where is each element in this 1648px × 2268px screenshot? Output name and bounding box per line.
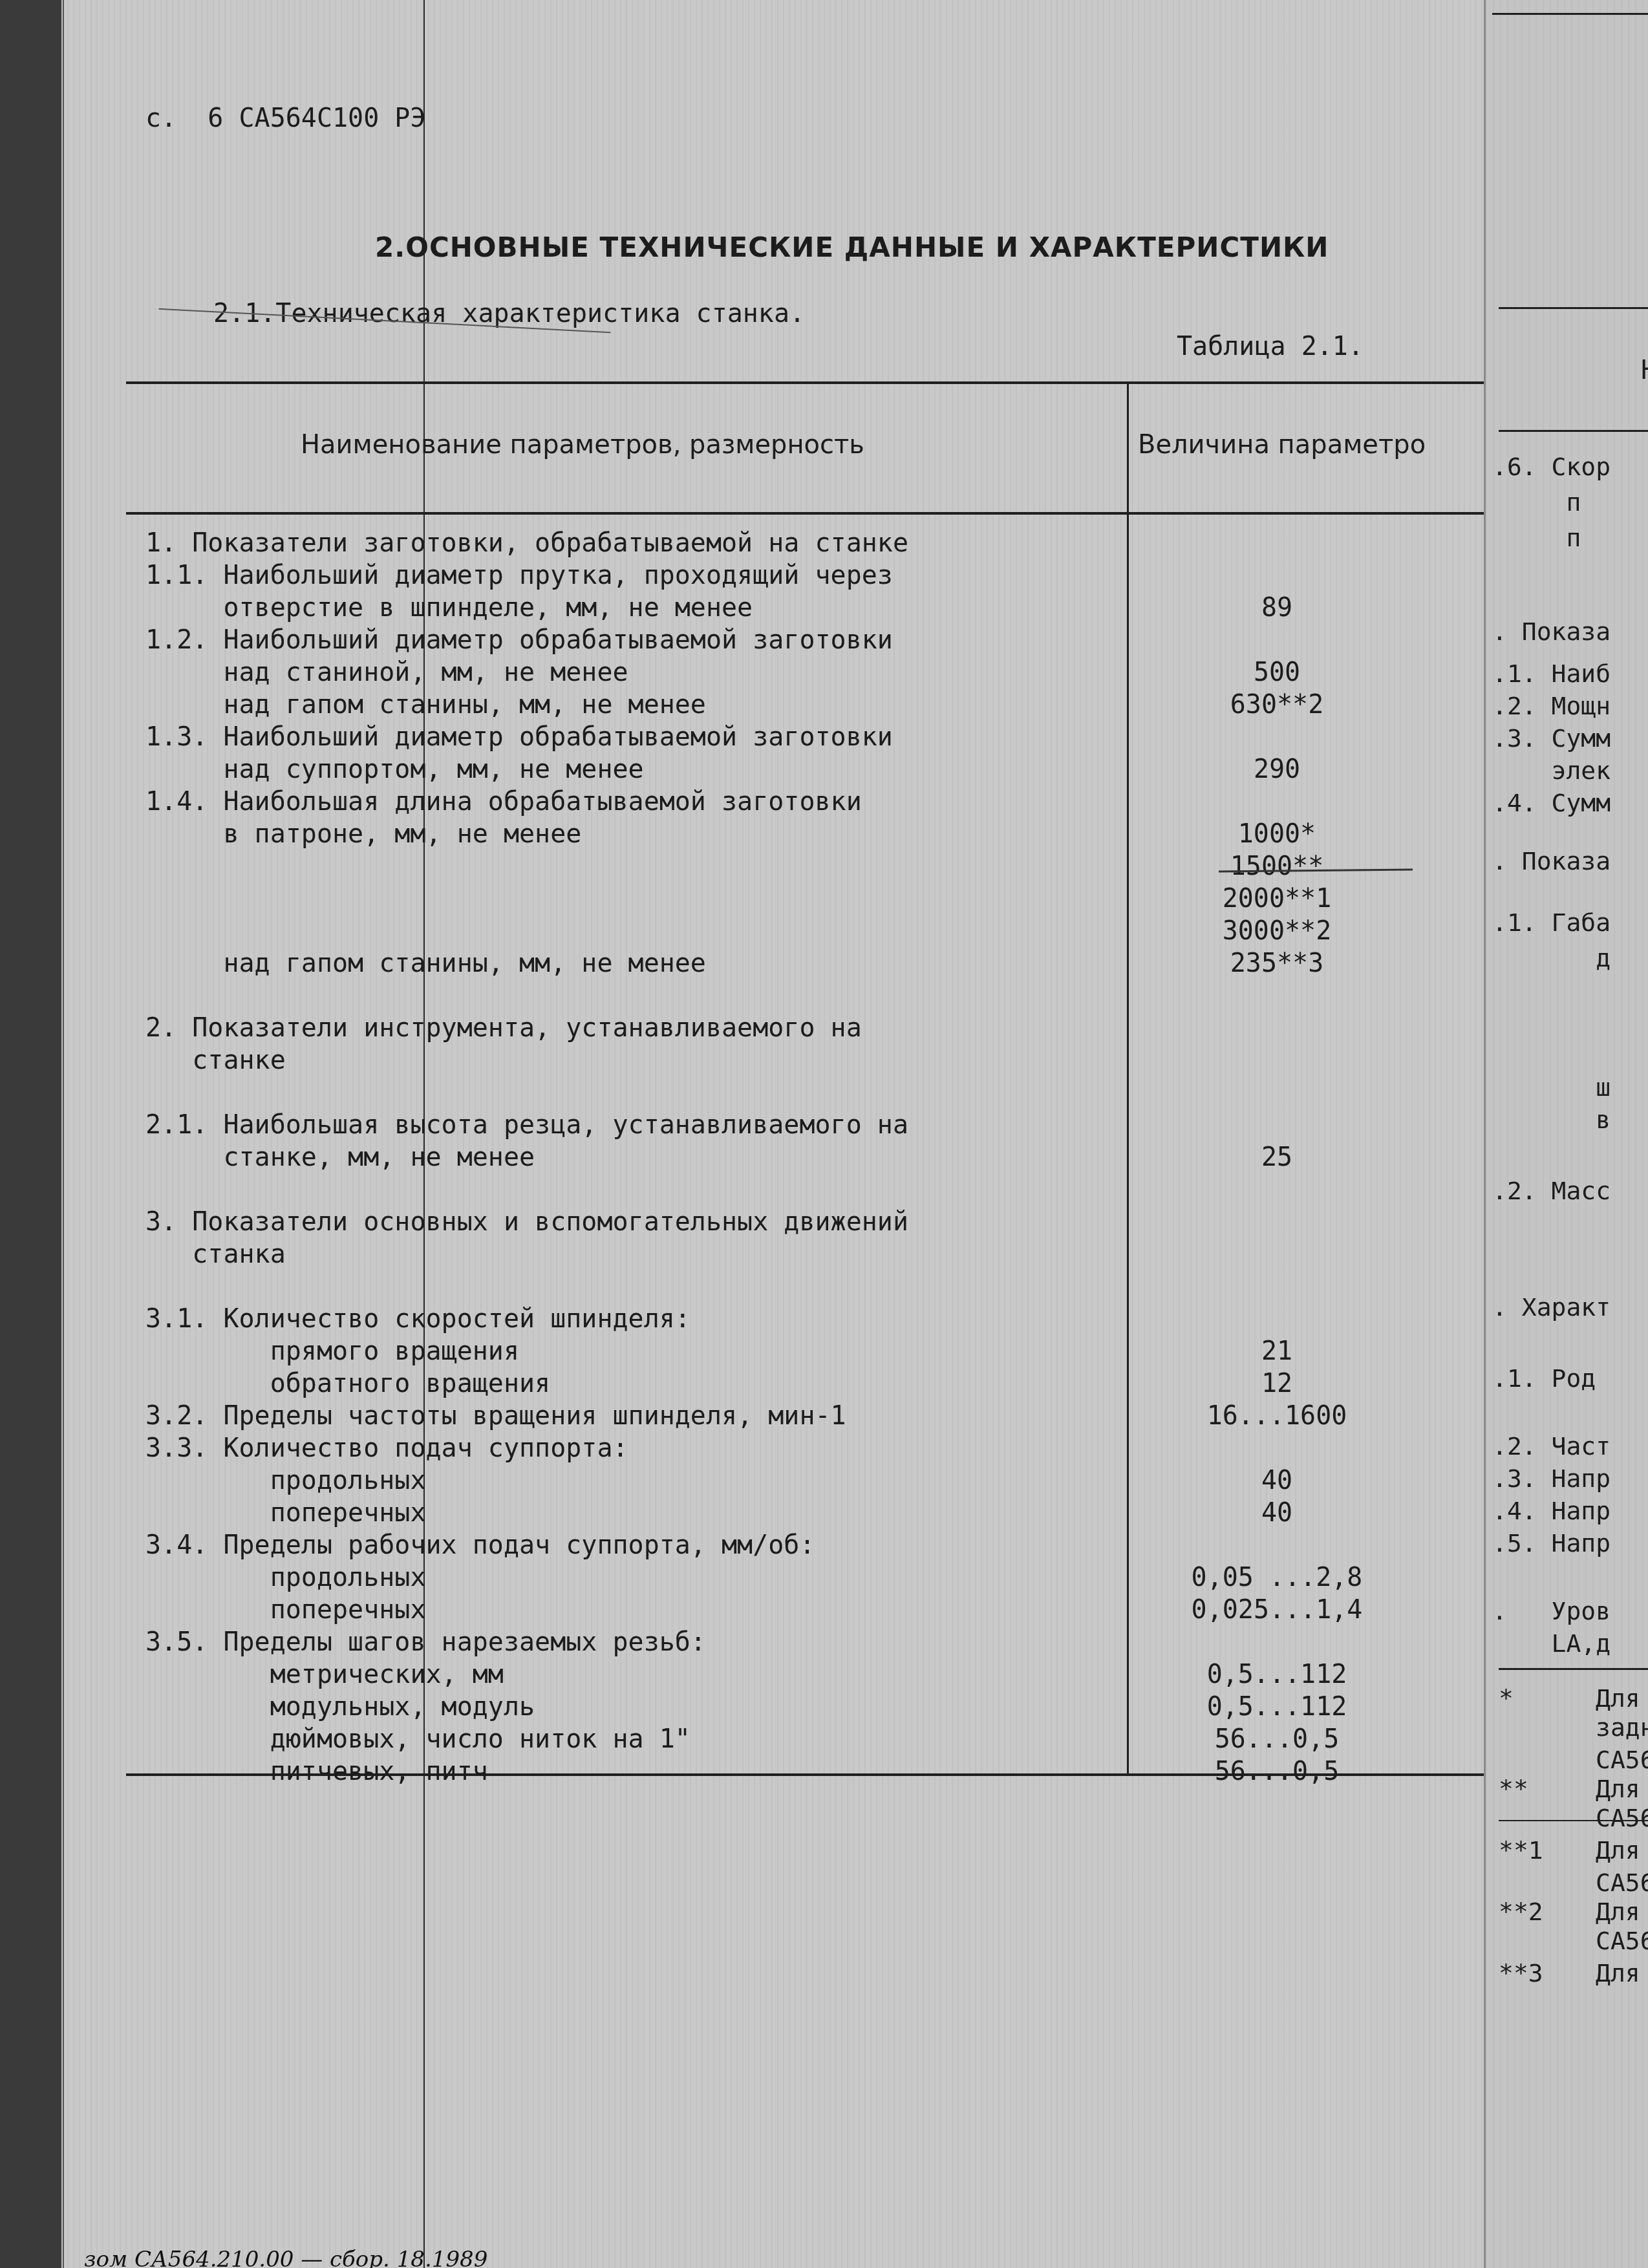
table-row-parameter: продольных bbox=[145, 1561, 1148, 1594]
value-list: 89500630**22901000*1500**2000**13000**22… bbox=[1135, 527, 1419, 1788]
subsection-title: 2.1.Техническая характеристика станка. bbox=[213, 299, 805, 328]
table-row-parameter: 1.2. Наибольший диаметр обрабатываемой з… bbox=[145, 624, 1148, 656]
table-row-value: 21 bbox=[1135, 1335, 1419, 1367]
table-row-value bbox=[1135, 1012, 1419, 1044]
adjacent-line: д bbox=[1492, 944, 1611, 972]
adjacent-line: .1. Наиб bbox=[1492, 659, 1611, 688]
table-row-value bbox=[1135, 624, 1419, 656]
document-page: с. 6 СА564С100 РЭ 2.ОСНОВНЫЕ ТЕХНИЧЕСКИЕ… bbox=[61, 0, 1484, 2268]
adjacent-page: Н .6. Скор п п. Показа.1. Наиб.2. Мощн.3… bbox=[1484, 0, 1648, 2268]
table-row-parameter: поперечных bbox=[145, 1594, 1148, 1626]
table-row-parameter: над станиной, мм, не менее bbox=[145, 656, 1148, 689]
table-row-value bbox=[1135, 527, 1419, 559]
table-row-parameter: обратного вращения bbox=[145, 1367, 1148, 1400]
table-row-parameter: метрических, мм bbox=[145, 1658, 1148, 1691]
table-row-value: 56...0,5 bbox=[1135, 1723, 1419, 1755]
parameter-list: 1. Показатели заготовки, обрабатываемой … bbox=[145, 527, 1148, 1788]
footnote-text: Для bbox=[1596, 1959, 1640, 1987]
table-row-value bbox=[1135, 1238, 1419, 1270]
adjacent-footnote-border bbox=[1499, 1668, 1648, 1670]
table-row-value bbox=[1135, 1626, 1419, 1658]
table-row-value: 290 bbox=[1135, 753, 1419, 786]
table-row-parameter: над суппортом, мм, не менее bbox=[145, 753, 1148, 786]
table-row-value bbox=[1135, 979, 1419, 1012]
table-row-parameter: станке, мм, не менее bbox=[145, 1141, 1148, 1173]
table-row-parameter: питчевых, питч bbox=[145, 1755, 1148, 1788]
table-row-value: 3000**2 bbox=[1135, 915, 1419, 947]
table-row-value: 0,05 ...2,8 bbox=[1135, 1561, 1419, 1594]
table-row-value: 0,025...1,4 bbox=[1135, 1594, 1419, 1626]
footnote-text: Для bbox=[1596, 1836, 1640, 1865]
table-row-parameter: 1. Показатели заготовки, обрабатываемой … bbox=[145, 527, 1148, 559]
table-row-value: 56...0,5 bbox=[1135, 1755, 1419, 1788]
table-row-parameter: 3. Показатели основных и вспомогательных… bbox=[145, 1206, 1148, 1238]
table-row-parameter: 3.1. Количество скоростей шпинделя: bbox=[145, 1303, 1148, 1335]
table-row-value bbox=[1135, 1432, 1419, 1464]
table-row-parameter: 1.1. Наибольший диаметр прутка, проходящ… bbox=[145, 559, 1148, 592]
table-row-parameter: 3.2. Пределы частоты вращения шпинделя, … bbox=[145, 1400, 1148, 1432]
adjacent-line: .2. Част bbox=[1492, 1432, 1611, 1460]
table-row-parameter: отверстие в шпинделе, мм, не менее bbox=[145, 592, 1148, 624]
page-header: с. 6 СА564С100 РЭ bbox=[145, 103, 425, 133]
adjacent-line: .4. Сумм bbox=[1492, 789, 1611, 817]
adjacent-line: .1. Габа bbox=[1492, 908, 1611, 937]
table-row-parameter: над гапом станины, мм, не менее bbox=[145, 947, 1148, 979]
footnote-text: СА56 bbox=[1596, 1746, 1648, 1774]
footnote-text: СА56 bbox=[1596, 1804, 1648, 1832]
adjacent-line: п bbox=[1492, 524, 1581, 552]
table-row-parameter: 1.4. Наибольшая длина обрабатываемой заг… bbox=[145, 786, 1148, 818]
handwritten-note: зом СА564.210.00 — сбор. 18.1989 bbox=[84, 2247, 487, 2268]
table-row-value: 500 bbox=[1135, 656, 1419, 689]
table-row-value bbox=[1135, 1529, 1419, 1561]
table-row-parameter: продольных bbox=[145, 1464, 1148, 1497]
adjacent-line: . Уров bbox=[1492, 1597, 1611, 1625]
adjacent-header-border bbox=[1499, 430, 1648, 432]
adjacent-line: .3. Сумм bbox=[1492, 724, 1611, 753]
table-row-value: 235**3 bbox=[1135, 947, 1419, 979]
column-header-parameter: Наименование параметров, размерность bbox=[301, 430, 864, 460]
footnote-text: задн bbox=[1596, 1713, 1648, 1742]
table-row-value bbox=[1135, 1173, 1419, 1206]
table-row-parameter: 3.4. Пределы рабочих подач суппорта, мм/… bbox=[145, 1529, 1148, 1561]
table-row-parameter: над гапом станины, мм, не менее bbox=[145, 689, 1148, 721]
adjacent-line: .6. Скор bbox=[1492, 453, 1611, 481]
table-row-value: 1000* bbox=[1135, 818, 1419, 850]
adjacent-header-fragment: Н bbox=[1641, 356, 1648, 385]
table-row-parameter bbox=[145, 850, 1148, 883]
table-row-value bbox=[1135, 1044, 1419, 1076]
table-row-parameter: 2. Показатели инструмента, устанавливаем… bbox=[145, 1012, 1148, 1044]
table-row-value bbox=[1135, 559, 1419, 592]
table-row-parameter: станке bbox=[145, 1044, 1148, 1076]
table-row-value bbox=[1135, 1206, 1419, 1238]
adjacent-line: п bbox=[1492, 488, 1581, 517]
table-row-value: 630**2 bbox=[1135, 689, 1419, 721]
table-row-value: 40 bbox=[1135, 1497, 1419, 1529]
footnote-mark: ** bbox=[1499, 1775, 1528, 1803]
table-header-border bbox=[126, 512, 1484, 515]
adjacent-top-border bbox=[1492, 13, 1648, 15]
table-row-parameter bbox=[145, 915, 1148, 947]
footnote-text: СА56 bbox=[1596, 1868, 1648, 1897]
footnote-text: Для bbox=[1596, 1684, 1640, 1713]
table-row-parameter: 3.3. Количество подач суппорта: bbox=[145, 1432, 1148, 1464]
footnote-text: СА56 bbox=[1596, 1927, 1648, 1955]
table-row-value: 25 bbox=[1135, 1141, 1419, 1173]
table-row-parameter bbox=[145, 979, 1148, 1012]
table-row-value: 16...1600 bbox=[1135, 1400, 1419, 1432]
adjacent-line: .4. Напр bbox=[1492, 1497, 1611, 1525]
table-row-parameter: в патроне, мм, не менее bbox=[145, 818, 1148, 850]
table-row-parameter bbox=[145, 1173, 1148, 1206]
table-row-value bbox=[1135, 1076, 1419, 1109]
footnote-mark: **1 bbox=[1499, 1836, 1543, 1865]
adjacent-line: . Показа bbox=[1492, 617, 1611, 646]
table-row-parameter: 1.3. Наибольший диаметр обрабатываемой з… bbox=[145, 721, 1148, 753]
table-row-value: 2000**1 bbox=[1135, 883, 1419, 915]
footnote-text: Для bbox=[1596, 1898, 1640, 1926]
table-row-value bbox=[1135, 1303, 1419, 1335]
footnote-mark: **2 bbox=[1499, 1898, 1543, 1926]
table-row-value: 89 bbox=[1135, 592, 1419, 624]
adjacent-table-top-border bbox=[1499, 307, 1648, 309]
column-header-value: Величина параметро bbox=[1138, 430, 1426, 460]
adjacent-line: .2. Мощн bbox=[1492, 692, 1611, 720]
footnote-text: Для bbox=[1596, 1775, 1640, 1803]
footnote-mark: **3 bbox=[1499, 1959, 1543, 1987]
page-edge bbox=[63, 0, 64, 2268]
section-title: 2.ОСНОВНЫЕ ТЕХНИЧЕСКИЕ ДАННЫЕ И ХАРАКТЕР… bbox=[375, 231, 1329, 263]
table-row-parameter bbox=[145, 883, 1148, 915]
adjacent-line: .3. Напр bbox=[1492, 1464, 1611, 1493]
adjacent-line: ш bbox=[1492, 1073, 1611, 1102]
table-row-parameter: 2.1. Наибольшая высота резца, устанавлив… bbox=[145, 1109, 1148, 1141]
adjacent-line: .2. Масс bbox=[1492, 1177, 1611, 1205]
adjacent-line: LA,д bbox=[1492, 1629, 1611, 1658]
adjacent-line: элек bbox=[1492, 756, 1611, 785]
table-row-parameter: прямого вращения bbox=[145, 1335, 1148, 1367]
table-row-parameter: 3.5. Пределы шагов нарезаемых резьб: bbox=[145, 1626, 1148, 1658]
table-row-parameter: станка bbox=[145, 1238, 1148, 1270]
table-row-parameter: модульных, модуль bbox=[145, 1691, 1148, 1723]
adjacent-line: . Показа bbox=[1492, 847, 1611, 875]
table-row-value: 1500** bbox=[1135, 850, 1419, 883]
table-row-parameter: дюймовых, число ниток на 1" bbox=[145, 1723, 1148, 1755]
table-row-value bbox=[1135, 786, 1419, 818]
adjacent-line: . Характ bbox=[1492, 1293, 1611, 1321]
table-top-border bbox=[126, 381, 1484, 384]
table-row-parameter bbox=[145, 1270, 1148, 1303]
adjacent-line: .1. Род bbox=[1492, 1364, 1596, 1393]
table-row-parameter: поперечных bbox=[145, 1497, 1148, 1529]
adjacent-line: в bbox=[1492, 1106, 1611, 1134]
table-row-value bbox=[1135, 721, 1419, 753]
table-row-value: 12 bbox=[1135, 1367, 1419, 1400]
table-row-value: 40 bbox=[1135, 1464, 1419, 1497]
table-row-value: 0,5...112 bbox=[1135, 1658, 1419, 1691]
table-row-value bbox=[1135, 1109, 1419, 1141]
table-row-value bbox=[1135, 1270, 1419, 1303]
table-row-value: 0,5...112 bbox=[1135, 1691, 1419, 1723]
table-label: Таблица 2.1. bbox=[1177, 332, 1364, 361]
table-row-parameter bbox=[145, 1076, 1148, 1109]
footnote-mark: * bbox=[1499, 1684, 1514, 1713]
adjacent-line: .5. Напр bbox=[1492, 1529, 1611, 1557]
